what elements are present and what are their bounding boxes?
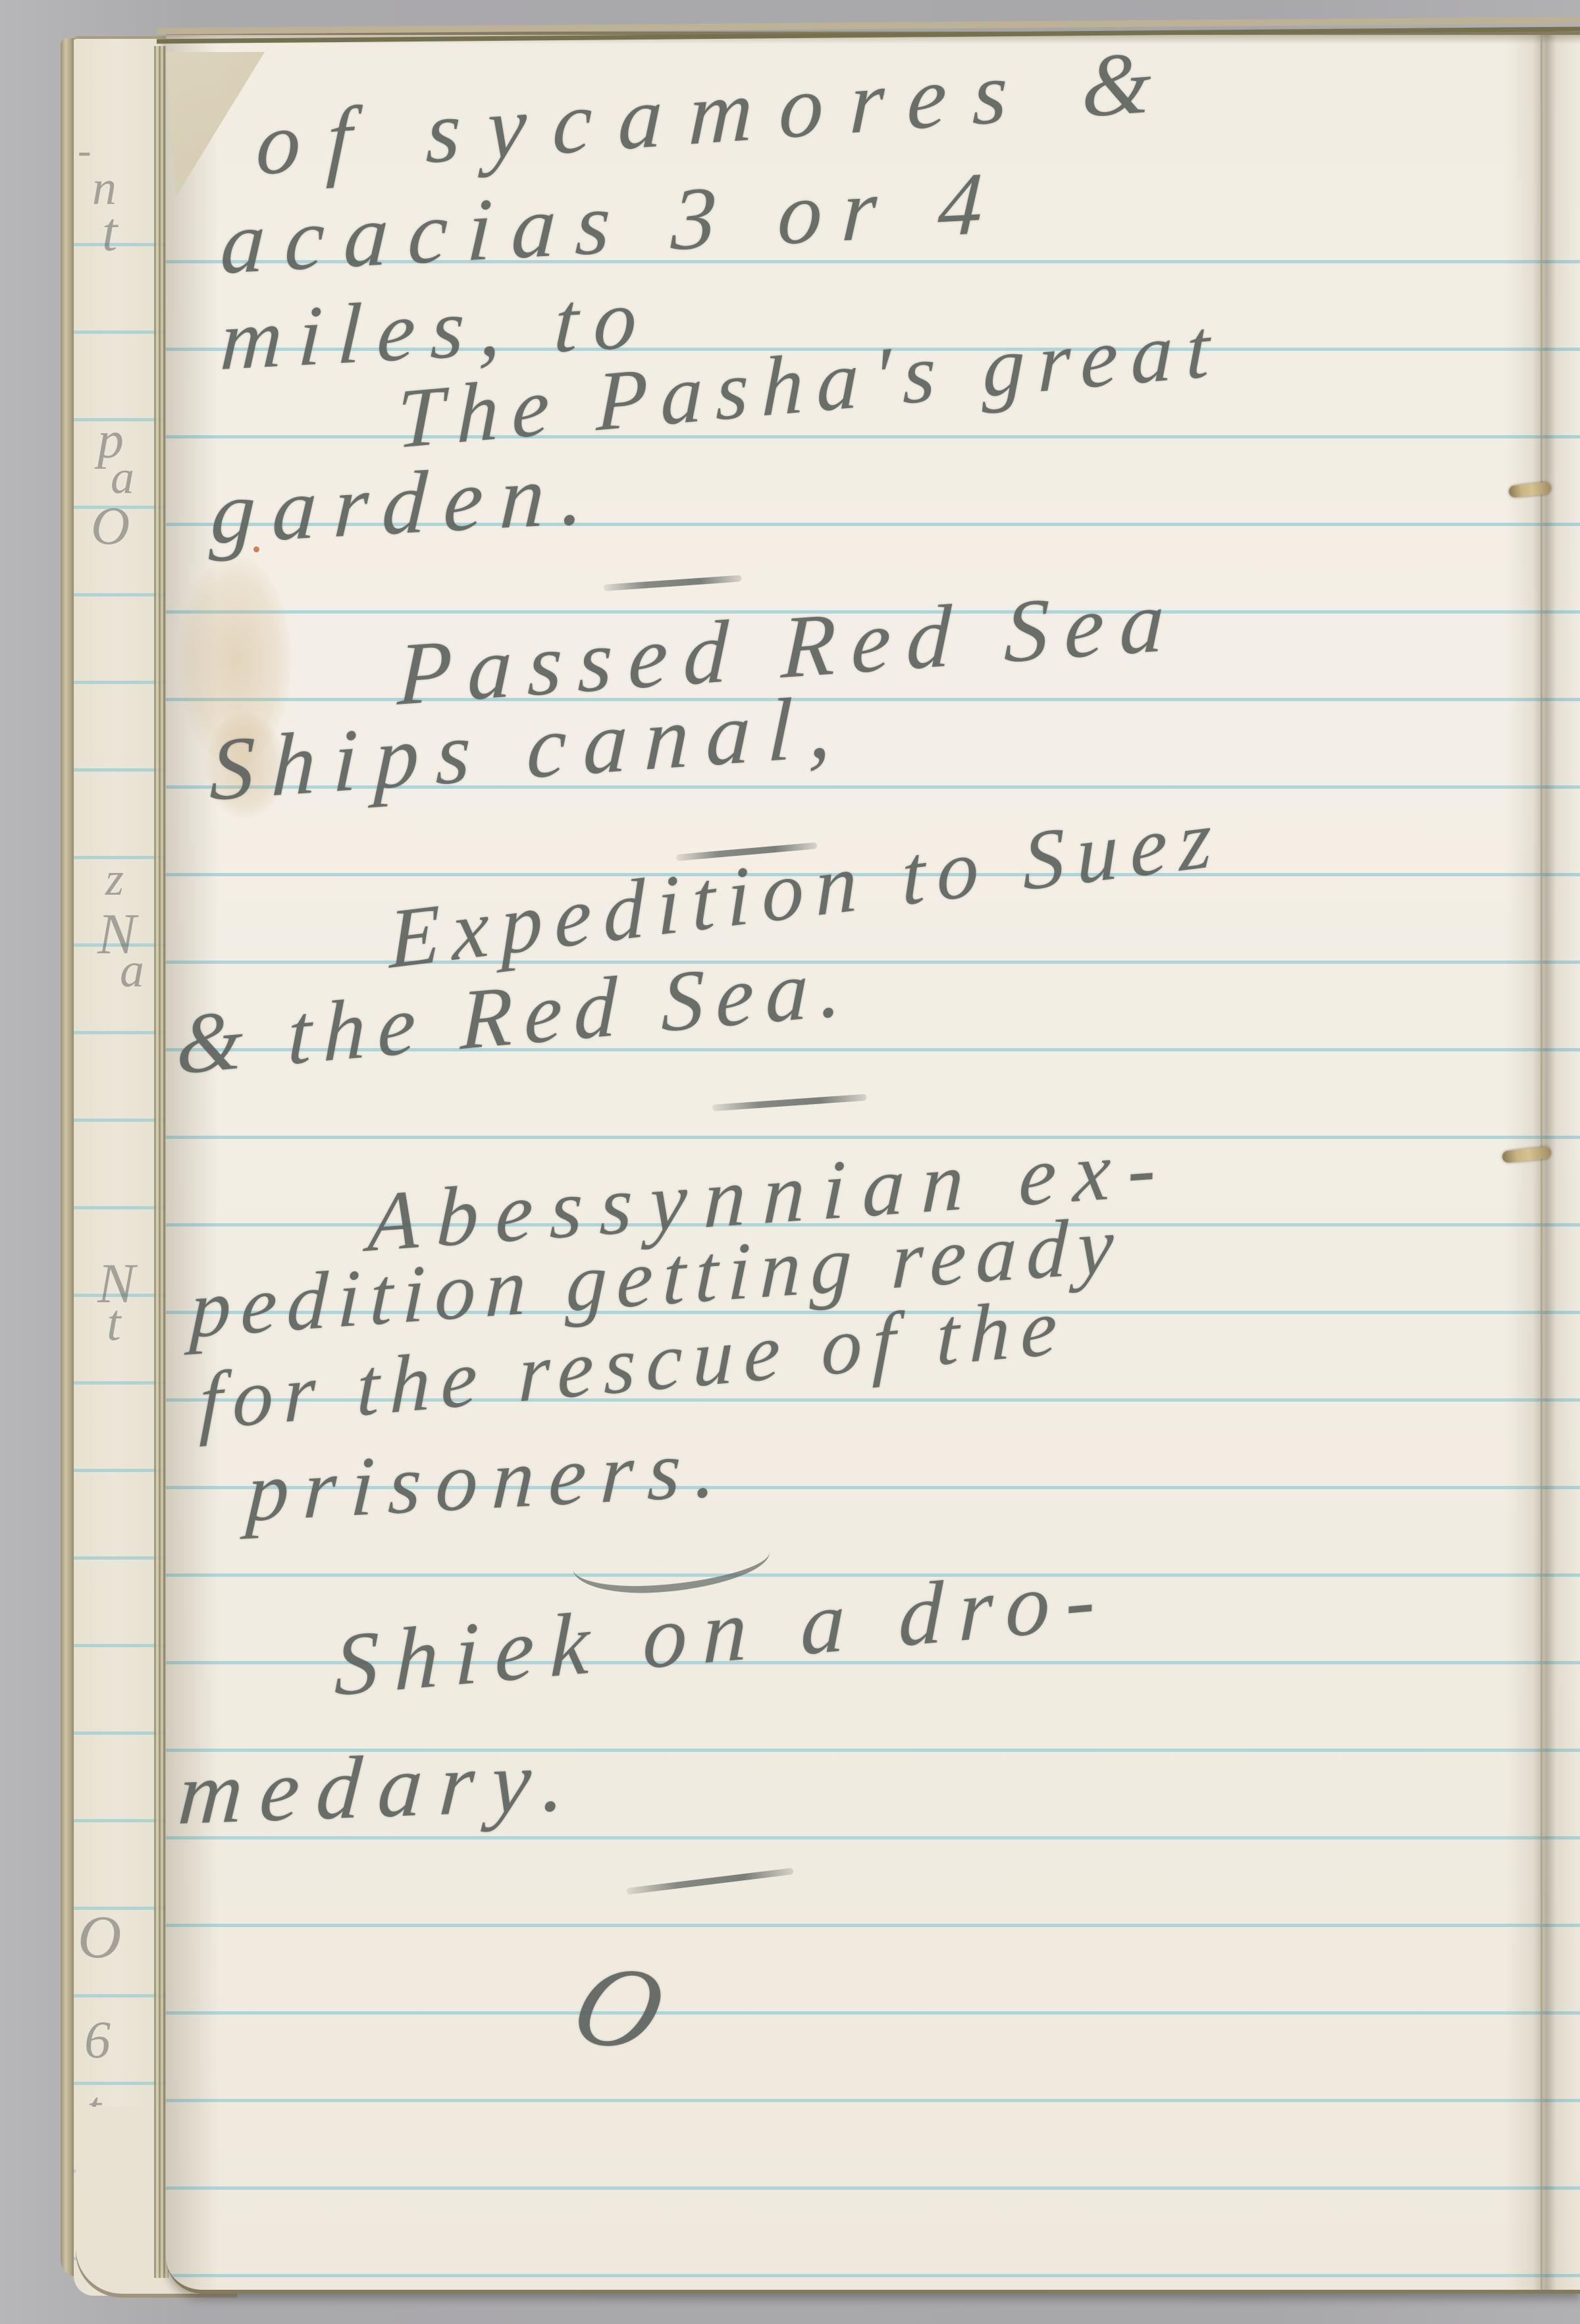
binding-crease-line	[1540, 35, 1542, 2290]
handwriting-line: medary.	[176, 1735, 585, 1839]
pencil-fragment: t	[102, 200, 117, 264]
binding-crease-shadow	[1506, 35, 1580, 2290]
pencil-fragment: z	[105, 852, 124, 907]
notebook-page: of sycamores & acacias 3 or 4 miles, to …	[166, 32, 1580, 2294]
gutter-shadow	[166, 35, 219, 2290]
pencil-fragment: t	[107, 1293, 121, 1352]
handwriting-line: garden.	[209, 448, 603, 558]
notebook-photo: - n t p a O z N a N t O 6 t of sycamores…	[0, 0, 1580, 2324]
pencil-fragment: -	[78, 128, 92, 174]
pencil-fragment: O	[78, 1902, 121, 1972]
handwriting-line: of sycamores &	[255, 36, 1179, 190]
pencil-fragment: 6	[84, 2011, 111, 2071]
pencil-fragment: a	[120, 943, 144, 999]
pencil-fragment: O	[91, 495, 130, 557]
